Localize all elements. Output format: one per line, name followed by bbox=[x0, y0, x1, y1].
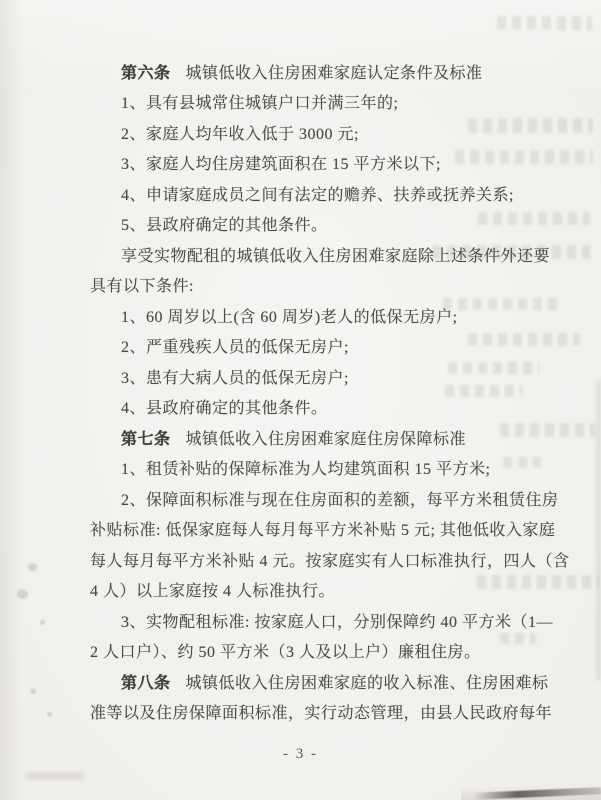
text-line: 3、实物配租标准: 按家庭人口，分别保障约 40 平方米（1— bbox=[90, 605, 550, 636]
line-text: 4、县政府确定的其他条件。 bbox=[121, 395, 328, 418]
article-number: 第八条 bbox=[121, 670, 171, 693]
line-text: 1、60 周岁以上(含 60 周岁)老人的低保无房户; bbox=[121, 304, 458, 327]
scan-speckle bbox=[40, 620, 45, 625]
article-heading: 第八条城镇低收入住房困难家庭的收入标准、住房困难标 bbox=[90, 666, 550, 697]
scan-speckle bbox=[30, 688, 36, 694]
scan-smear bbox=[26, 773, 84, 779]
bleedthrough-mark bbox=[497, 16, 592, 30]
line-text: 4 人）以上家庭按 4 人标准执行。 bbox=[90, 578, 335, 601]
line-text: 准等以及住房保障面积标准，实行动态管理，由县人民政府每年 bbox=[90, 700, 552, 723]
text-line: 1、具有县城常住城镇户口并满三年的; bbox=[90, 87, 550, 118]
scanned-document-page: 第六条城镇低收入住房困难家庭认定条件及标准 1、具有县城常住城镇户口并满三年的;… bbox=[0, 0, 601, 800]
scan-speckle bbox=[17, 589, 28, 599]
text-line: 3、家庭人均住房建筑面积在 15 平方米以下; bbox=[90, 148, 550, 179]
text-line: 2、家庭人均年收入低于 3000 元; bbox=[90, 117, 550, 148]
scan-speckle bbox=[28, 563, 37, 571]
article-heading: 第七条城镇低收入住房困难家庭住房保障标准 bbox=[90, 422, 550, 453]
article-number: 第七条 bbox=[121, 426, 171, 449]
text-line: 享受实物配租的城镇低收入住房困难家庭除上述条件外还要 bbox=[90, 239, 550, 270]
text-line: 具有以下条件: bbox=[90, 270, 550, 301]
line-text: 3、家庭人均住房建筑面积在 15 平方米以下; bbox=[121, 151, 441, 174]
text-line: 3、患有大病人员的低保无房户; bbox=[90, 361, 550, 392]
text-line: 1、60 周岁以上(含 60 周岁)老人的低保无房户; bbox=[90, 300, 550, 331]
line-text: 1、租赁补贴的保障标准为人均建筑面积 15 平方米; bbox=[121, 456, 490, 479]
text-line: 准等以及住房保障面积标准，实行动态管理，由县人民政府每年 bbox=[90, 697, 550, 728]
line-text: 具有以下条件: bbox=[90, 273, 194, 296]
line-text: 5、县政府确定的其他条件。 bbox=[121, 212, 328, 235]
line-text: 1、具有县城常住城镇户口并满三年的; bbox=[121, 90, 398, 113]
article-number: 第六条 bbox=[121, 60, 171, 83]
line-text: 城镇低收入住房困难家庭的收入标准、住房困难标 bbox=[186, 670, 549, 693]
line-text: 2、家庭人均年收入低于 3000 元; bbox=[121, 121, 359, 144]
line-text: 3、实物配租标准: 按家庭人口，分别保障约 40 平方米（1— bbox=[121, 609, 553, 632]
article-heading: 第六条城镇低收入住房困难家庭认定条件及标准 bbox=[90, 56, 550, 87]
line-text: 每人每月每平方米补贴 4 元。按家庭实有人口标准执行，四人（含 bbox=[90, 548, 570, 571]
text-line: 2 人口户）、约 50 平方米（3 人及以上户）廉租住房。 bbox=[90, 636, 550, 667]
line-text: 享受实物配租的城镇低收入住房困难家庭除上述条件外还要 bbox=[121, 243, 550, 266]
line-text: 城镇低收入住房困难家庭认定条件及标准 bbox=[186, 60, 483, 83]
text-line: 2、保障面积标准与现在住房面积的差额，每平方米租赁住房 bbox=[90, 483, 550, 514]
page-footer-number: - 3 - bbox=[0, 746, 601, 763]
line-text: 4、申请家庭成员之间有法定的赡养、扶养或抚养关系; bbox=[121, 182, 514, 205]
text-line: 2、严重残疾人员的低保无房户; bbox=[90, 331, 550, 362]
text-line: 每人每月每平方米补贴 4 元。按家庭实有人口标准执行，四人（含 bbox=[90, 544, 550, 575]
line-text: 2 人口户）、约 50 平方米（3 人及以上户）廉租住房。 bbox=[90, 639, 481, 662]
text-line: 4 人）以上家庭按 4 人标准执行。 bbox=[90, 575, 550, 606]
text-line: 4、申请家庭成员之间有法定的赡养、扶养或抚养关系; bbox=[90, 178, 550, 209]
line-text: 补贴标准: 低保家庭每人每月每平方米补贴 5 元; 其他低收入家庭 bbox=[90, 517, 555, 540]
scan-right-edge bbox=[596, 380, 601, 680]
line-text: 2、严重残疾人员的低保无房户; bbox=[121, 334, 349, 357]
text-line: 4、县政府确定的其他条件。 bbox=[90, 392, 550, 423]
scan-left-edge bbox=[0, 0, 22, 800]
line-text: 3、患有大病人员的低保无房户; bbox=[121, 365, 349, 388]
line-text: 2、保障面积标准与现在住房面积的差额，每平方米租赁住房 bbox=[121, 487, 559, 510]
text-line: 5、县政府确定的其他条件。 bbox=[90, 209, 550, 240]
document-body: 第六条城镇低收入住房困难家庭认定条件及标准 1、具有县城常住城镇户口并满三年的;… bbox=[90, 56, 550, 727]
scan-speckle bbox=[47, 712, 52, 717]
text-line: 补贴标准: 低保家庭每人每月每平方米补贴 5 元; 其他低收入家庭 bbox=[90, 514, 550, 545]
text-line: 1、租赁补贴的保障标准为人均建筑面积 15 平方米; bbox=[90, 453, 550, 484]
line-text: 城镇低收入住房困难家庭住房保障标准 bbox=[186, 426, 467, 449]
